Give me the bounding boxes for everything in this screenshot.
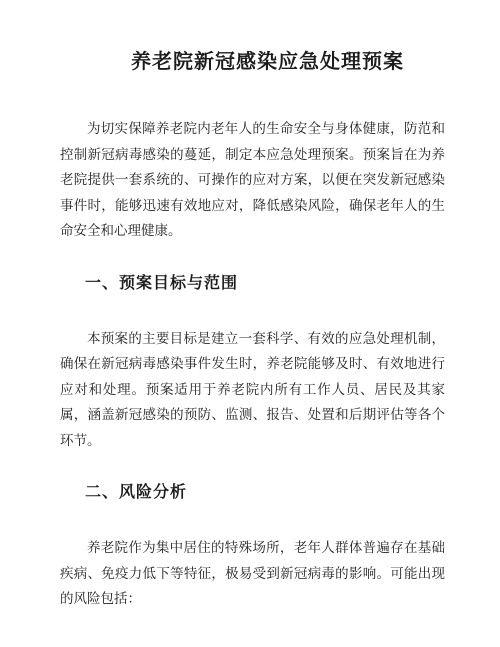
section-2-paragraph: 养老院作为集中居住的特殊场所，老年人群体普遍存在基础疾病、免疫力低下等特征，极易… — [60, 535, 445, 612]
document-title: 养老院新冠感染应急处理预案 — [60, 48, 445, 76]
section-1-heading: 一、预案目标与范围 — [85, 272, 445, 296]
section-1-paragraph: 本预案的主要目标是建立一套科学、有效的应急处理机制，确保在新冠病毒感染事件发生时… — [60, 326, 445, 454]
intro-paragraph: 为切实保障养老院内老年人的生命安全与身体健康，防范和控制新冠病毒感染的蔓延，制定… — [60, 116, 445, 244]
section-2-heading: 二、风险分析 — [85, 481, 445, 505]
document-page: 养老院新冠感染应急处理预案 为切实保障养老院内老年人的生命安全与身体健康，防范和… — [0, 0, 500, 647]
